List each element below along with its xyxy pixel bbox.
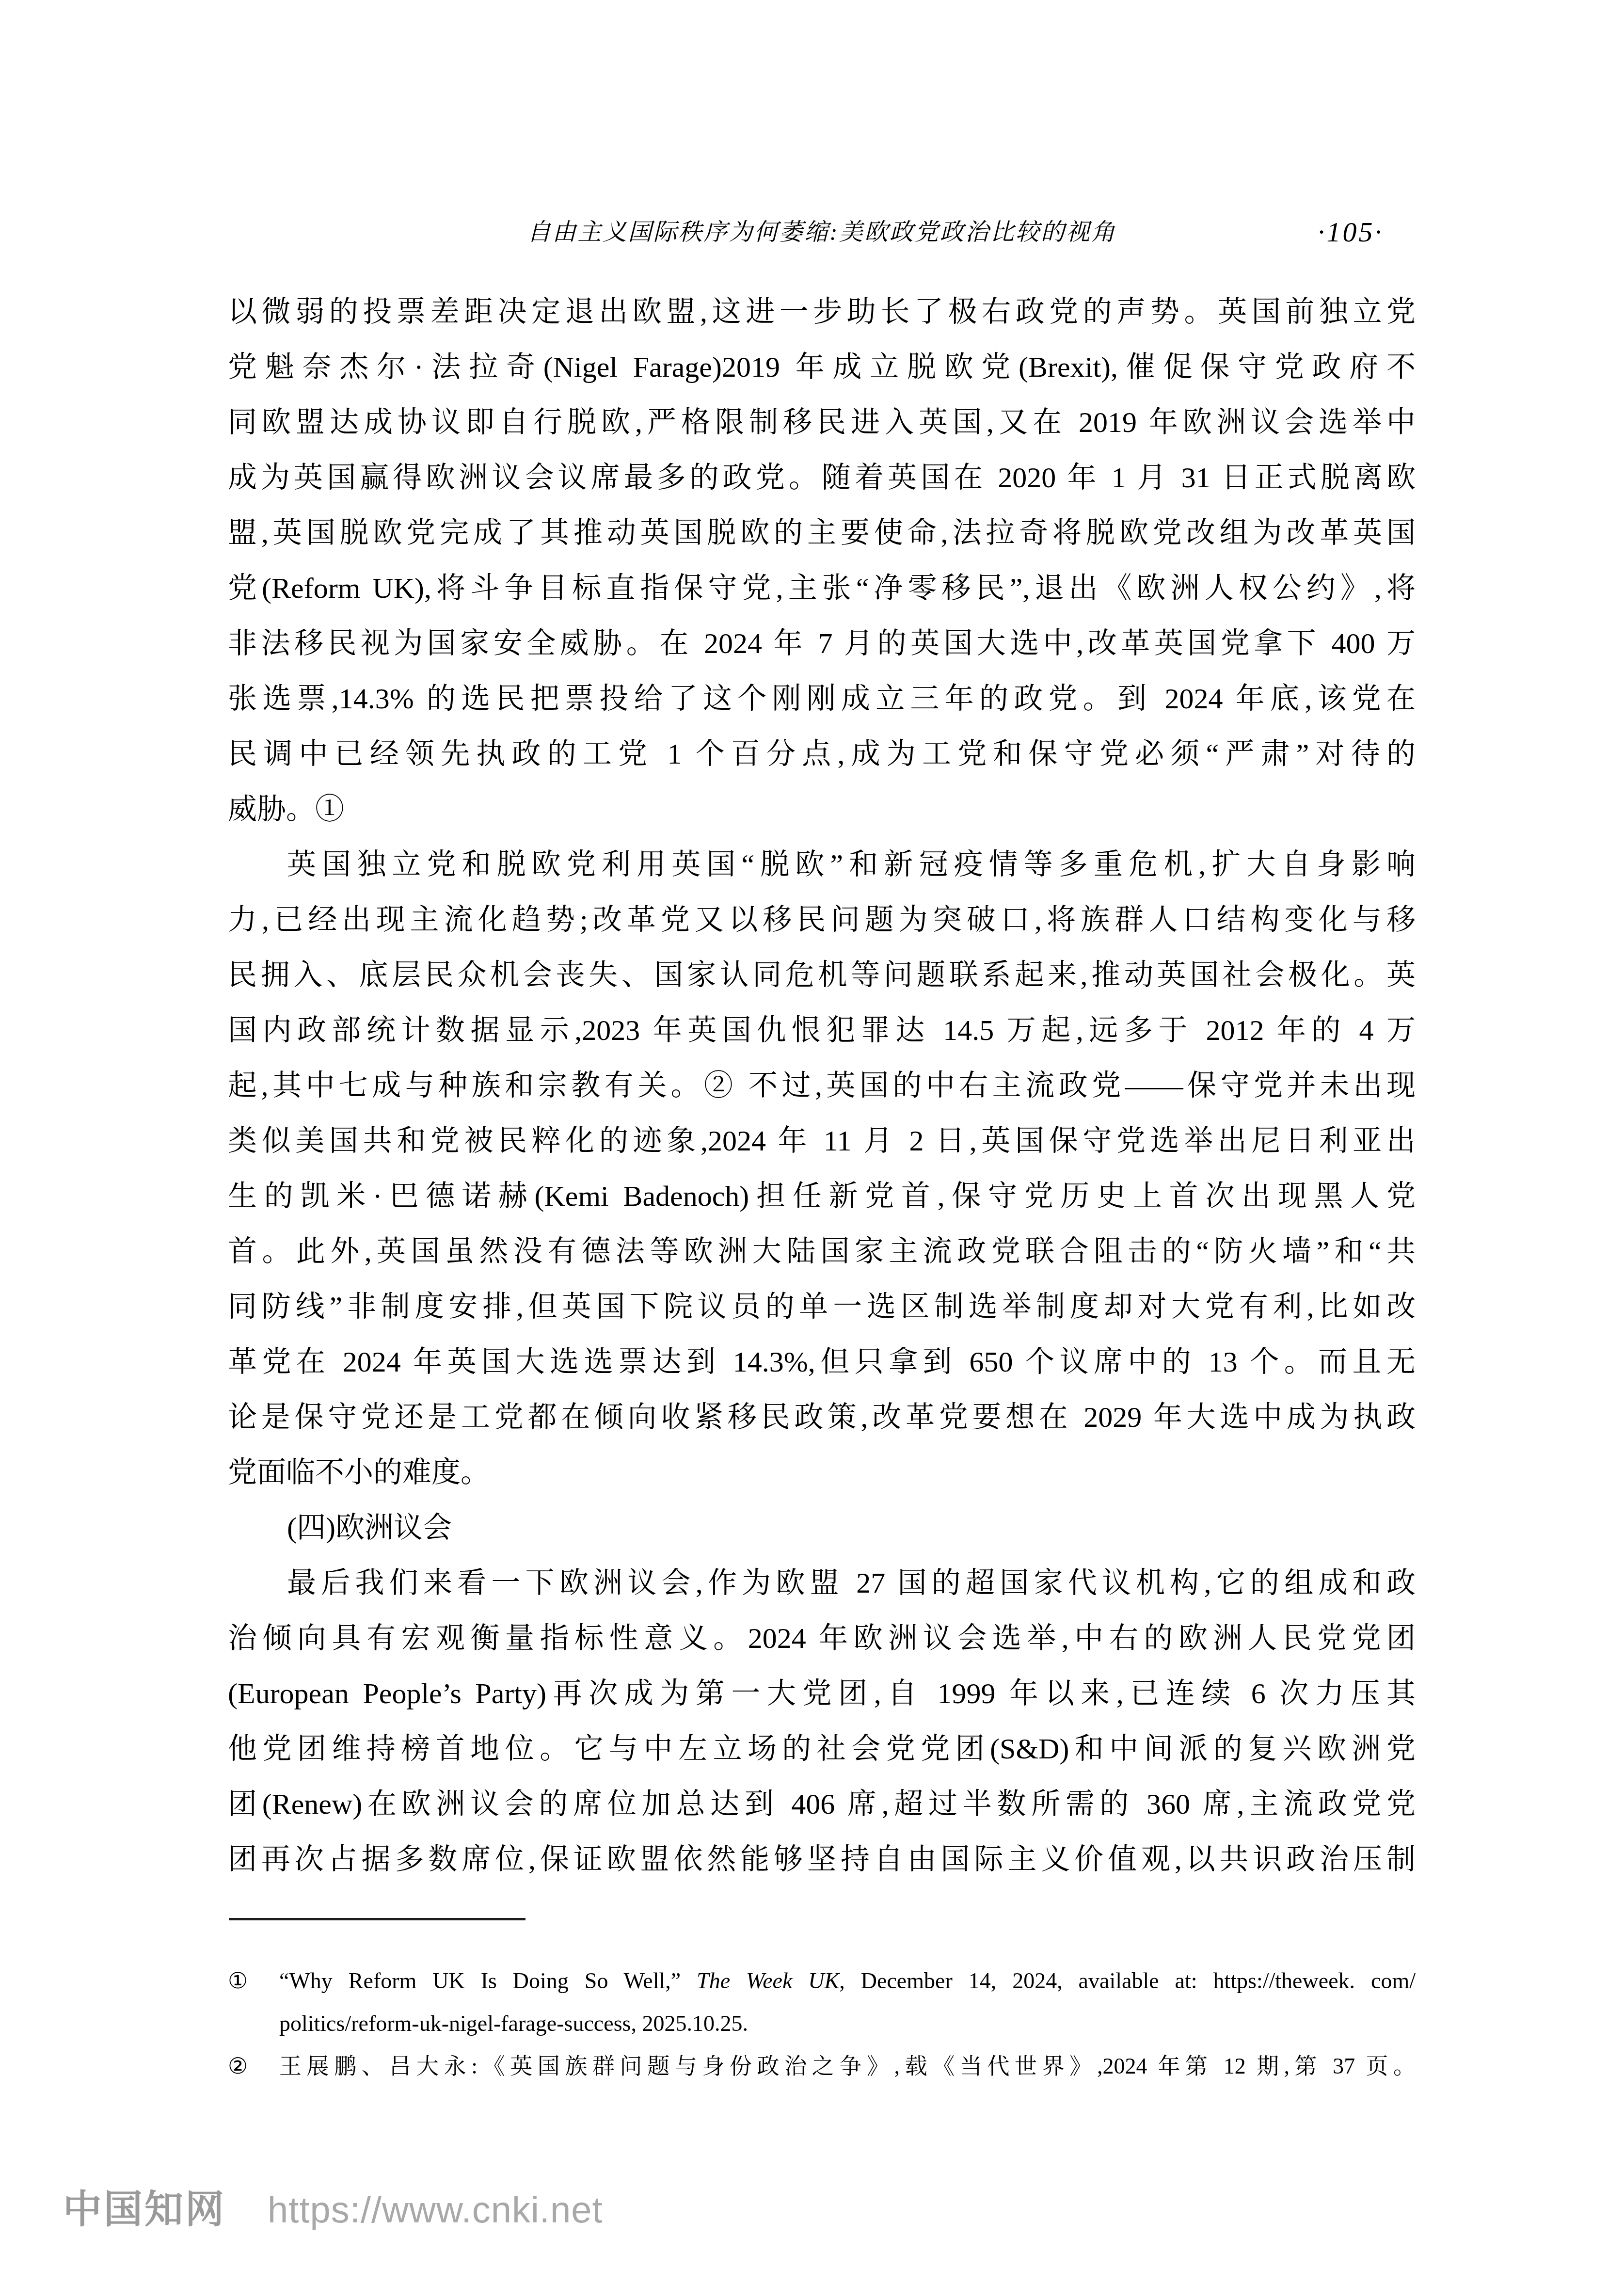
body-line: 党(Reform UK),将斗争目标直指保守党,主张“净零移民”,退出《欧洲人权… <box>228 560 1416 616</box>
body-line: 民拥入、底层民众机会丧失、国家认同危机等问题联系起来,推动英国社会极化。英 <box>228 947 1416 1003</box>
body-line: 同防线”非制度安排,但英国下院议员的单一选区制选举制度却对大党有利,比如改 <box>228 1279 1416 1334</box>
page-header: 自由主义国际秩序为何萎缩:美欧政党政治比较的视角 ·105· <box>228 211 1416 253</box>
section-heading: (四)欧洲议会 <box>228 1500 1416 1555</box>
body-line: 团再次占据多数席位,保证欧盟依然能够坚持自由国际主义价值观,以共识政治压制 <box>228 1832 1416 1887</box>
cnki-watermark: 中国知网 https://www.cnki.net <box>63 2178 603 2234</box>
footnote-2: ②王展鹏、吕大永:《英国族群问题与身份政治之争》,载《当代世界》,2024 年第… <box>228 2045 1416 2088</box>
footnote-text: , December 14, 2024, available at: https… <box>839 1968 1416 1993</box>
body-line: 以微弱的投票差距决定退出欧盟,这进一步助长了极右政党的声势。英国前独立党 <box>228 284 1416 339</box>
body-line: 论是保守党还是工党都在倾向收紧移民政策,改革党要想在 2029 年大选中成为执政 <box>228 1389 1416 1445</box>
body-line: 同欧盟达成协议即自行脱欧,严格限制移民进入英国,又在 2019 年欧洲议会选举中 <box>228 395 1416 450</box>
footnote-separator <box>229 1918 525 1920</box>
body-line: 张选票,14.3% 的选民把票投给了这个刚刚成立三年的政党。到 2024 年底,… <box>228 671 1416 726</box>
footnote-1-line-2: politics/reform-uk-nigel-farage-success,… <box>228 2002 1416 2045</box>
body-line: 他党团维持榜首地位。它与中左立场的社会党党团(S&D)和中间派的复兴欧洲党 <box>228 1721 1416 1776</box>
body-line: 最后我们来看一下欧洲议会,作为欧盟 27 国的超国家代议机构,它的组成和政 <box>228 1555 1416 1611</box>
body-line: 成为英国赢得欧洲议会议席最多的政党。随着英国在 2020 年 1 月 31 日正… <box>228 450 1416 505</box>
body-line: 党面临不小的难度。 <box>228 1445 1416 1500</box>
page-number: ·105· <box>1318 211 1384 253</box>
body-line: 英国独立党和脱欧党利用英国“脱欧”和新冠疫情等多重危机,扩大自身影响 <box>228 837 1416 892</box>
footnote-text: 王展鹏、吕大永:《英国族群问题与身份政治之争》,载《当代世界》,2024 年第 … <box>279 2054 1416 2078</box>
footnote-text: politics/reform-uk-nigel-farage-success,… <box>279 2011 748 2036</box>
footnote-marker: ② <box>228 2045 279 2088</box>
body-line: 起,其中七成与种族和宗教有关。② 不过,英国的中右主流政党——保守党并未出现 <box>228 1058 1416 1113</box>
cnki-url: https://www.cnki.net <box>268 2189 603 2231</box>
body-line: 生的凯米·巴德诺赫(Kemi Badenoch)担任新党首,保守党历史上首次出现… <box>228 1168 1416 1224</box>
footnotes: ①“Why Reform UK Is Doing So Well,” The W… <box>228 1960 1416 2088</box>
cnki-logo-text: 中国知网 <box>63 2178 226 2234</box>
footnote-journal-title: The Week UK <box>697 1968 839 1993</box>
body-line: 非法移民视为国家安全威胁。在 2024 年 7 月的英国大选中,改革英国党拿下 … <box>228 616 1416 671</box>
body-line: 国内政部统计数据显示,2023 年英国仇恨犯罪达 14.5 万起,远多于 201… <box>228 1003 1416 1058</box>
footnote-text: “Why Reform UK Is Doing So Well,” <box>279 1968 697 1993</box>
article-body: 以微弱的投票差距决定退出欧盟,这进一步助长了极右政党的声势。英国前独立党 党魁奈… <box>228 284 1416 1887</box>
document-page: 自由主义国际秩序为何萎缩:美欧政党政治比较的视角 ·105· 以微弱的投票差距决… <box>0 0 1624 2283</box>
body-line: 首。此外,英国虽然没有德法等欧洲大陆国家主流政党联合阻击的“防火墙”和“共 <box>228 1224 1416 1279</box>
body-line: (European People’s Party)再次成为第一大党团,自 199… <box>228 1666 1416 1721</box>
body-line: 类似美国共和党被民粹化的迹象,2024 年 11 月 2 日,英国保守党选举出尼… <box>228 1113 1416 1168</box>
body-line: 治倾向具有宏观衡量指标性意义。2024 年欧洲议会选举,中右的欧洲人民党党团 <box>228 1611 1416 1666</box>
body-line: 威胁。① <box>228 782 1416 837</box>
body-line: 力,已经出现主流化趋势;改革党又以移民问题为突破口,将族群人口结构变化与移 <box>228 892 1416 947</box>
body-line: 党魁奈杰尔·法拉奇(Nigel Farage)2019 年成立脱欧党(Brexi… <box>228 339 1416 395</box>
footnote-marker: ① <box>228 1960 279 2002</box>
body-line: 革党在 2024 年英国大选选票达到 14.3%,但只拿到 650 个议席中的 … <box>228 1334 1416 1389</box>
body-line: 民调中已经领先执政的工党 1 个百分点,成为工党和保守党必须“严肃”对待的 <box>228 726 1416 782</box>
running-header-title: 自由主义国际秩序为何萎缩:美欧政党政治比较的视角 <box>228 211 1416 253</box>
footnote-1-line-1: ①“Why Reform UK Is Doing So Well,” The W… <box>228 1960 1416 2002</box>
body-line: 团(Renew)在欧洲议会的席位加总达到 406 席,超过半数所需的 360 席… <box>228 1776 1416 1832</box>
body-line: 盟,英国脱欧党完成了其推动英国脱欧的主要使命,法拉奇将脱欧党改组为改革英国 <box>228 505 1416 560</box>
